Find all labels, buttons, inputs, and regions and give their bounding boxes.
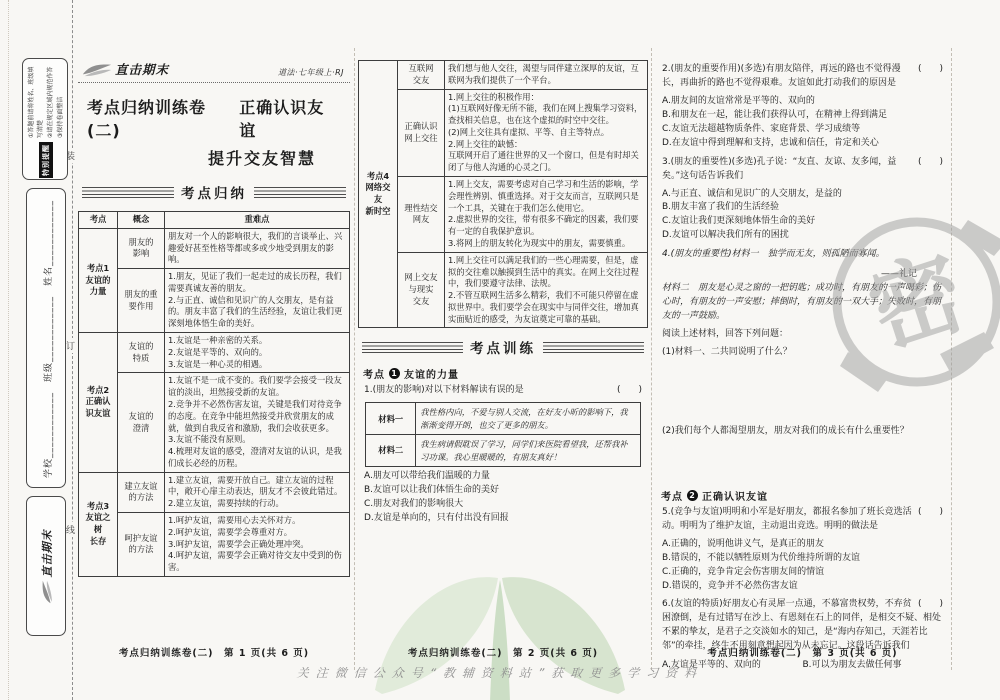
page1-header: 直击期末 道法·七年级上·RJ xyxy=(78,55,350,83)
confidential-stamp: 密 xyxy=(822,206,1000,398)
detail-cell: 1.建立友谊，需要开放自己。建立友谊的过程中，敞开心扉主动表达，朋友才不会彼此错… xyxy=(165,472,350,512)
banner-label: 考点训练 xyxy=(470,337,536,357)
page-1: 直击期末 道法·七年级上·RJ 考点归纳训练卷(二) 正确认识友谊 提升交友智慧… xyxy=(78,55,350,669)
kaodian-cell: 考点1 友谊的 力量 xyxy=(79,228,118,332)
table-row: 考点2 正确认 识友谊 友谊的 特质 1.友谊是一种亲密的关系。 2.友谊是平等… xyxy=(79,333,350,373)
reminder-items: ①答题前请将姓名、班级填写清楚 ②请在规定区域内规范作答 ③保持卷面整洁 xyxy=(27,62,65,138)
detail-cell: 1.网上交往可以满足我们的一些心理需要，但是，虚拟的交往难以触摸到生活中的真实。… xyxy=(445,252,648,328)
kaodian-cell: 考点4 网络交友 新时空 xyxy=(359,61,398,328)
table-row: 考点3 友谊之树 长存 建立友谊 的方法 1.建立友谊，需要开放自己。建立友谊的… xyxy=(79,472,350,512)
page-separator xyxy=(354,48,355,670)
sub-question-2: (2)我们每个人都渴望朋友，朋友对我们的成长有什么重要性？ xyxy=(662,425,943,439)
brand-swoosh-icon xyxy=(82,62,112,78)
material-label: 材料一 xyxy=(366,403,416,435)
option: B.错误的，不能以牺牲原则为代价维持所谓的友谊 xyxy=(662,552,943,566)
question-stem: 5.(竞争与友谊)明明和小军是好朋友，都报名参加了班长竞选活动。明明为了维护友谊… xyxy=(662,507,912,531)
brand-swoosh-icon xyxy=(40,581,54,605)
reminder-label: 特别提醒 xyxy=(39,142,53,178)
table-row: 朋友的重 要作用 1.朋友，见证了我们一起走过的成长历程，我们需要真诚友善的朋友… xyxy=(79,269,350,333)
concept-cell: 正确认识 网上交往 xyxy=(398,89,445,176)
question-stem: 3.(朋友的重要性)(多选)孔子说：“友直、友谅、友多闻，益矣。”这句话告诉我们 xyxy=(662,157,896,181)
detail-cell: 1.友谊不是一成不变的。我们要学会接受一段友谊的淡出，坦然接受新的友谊。 2.竞… xyxy=(165,373,350,472)
option: D.在友谊中得到理解和支持，忠诚和信任，肯定和关心 xyxy=(662,137,943,151)
concept-cell: 呵护友谊 的方法 xyxy=(118,512,165,576)
concept-cell: 友谊的 特质 xyxy=(118,333,165,373)
option: D.错误的，竞争并不必然伤害友谊 xyxy=(662,580,943,594)
material-row: 材料一 我性格内向，不爱与别人交流，在好友小昕的影响下，我渐渐变得开朗，也交了更… xyxy=(366,403,641,435)
banner-lines-icon xyxy=(362,342,463,353)
detail-cell: 我们想与他人交往，渴望与同伴建立深厚的友谊，互联网为我们提供了一个平台。 xyxy=(445,61,648,90)
topic-number-badge: 1 xyxy=(389,368,400,379)
detail-cell: 1.友谊是一种亲密的关系。 2.友谊是平等的、双向的。 3.友谊是一种心灵的相遇… xyxy=(165,333,350,373)
table-row: 理性结交 网友 1.网上交友，需要考虑对自己学习和生活的影响，学会理性辨别、慎重… xyxy=(359,177,648,253)
detail-cell: 1.呵护友谊，需要用心去关怀对方。 2.呵护友谊，需要学会尊重对方。 3.呵护友… xyxy=(165,512,350,576)
detail-cell: 1.网上交往的积极作用： (1)互联网好像无所不能，我们在网上搜集学习资料，查找… xyxy=(445,89,648,176)
paper-title-right: 正确认识友谊 xyxy=(239,95,341,141)
concept-cell: 互联网 交友 xyxy=(398,61,445,90)
scan-edge-line xyxy=(8,0,9,700)
key-point-summary-table: 考点 概念 重难点 考点1 友谊的 力量 朋友的 影响 朋友对一个人的影响很大，… xyxy=(78,211,350,577)
material-label: 材料二 xyxy=(366,435,416,467)
student-info-box: 学校____________ 班级____________ 姓名________… xyxy=(26,188,66,488)
option: C.朋友对我们的影响很大 xyxy=(364,498,642,512)
topic-heading-1: 考点1 友谊的力量 xyxy=(363,366,643,381)
concept-cell: 朋友的重 要作用 xyxy=(118,269,165,333)
material-text: 我性格内向，不爱与别人交流，在好友小昕的影响下，我渐渐变得开朗，也交了更多的朋友… xyxy=(416,403,641,435)
answer-bracket: ( ) xyxy=(918,63,943,77)
page2-footer: 考点归纳训练卷(二) 第 2 页(共 6 页) xyxy=(358,645,648,659)
option: A.正确的，说明他讲义气，是真正的朋友 xyxy=(662,538,943,552)
banner-lines-icon xyxy=(543,342,644,353)
header-cell: 概念 xyxy=(118,212,165,229)
question-stem: 1.(朋友的影响)对以下材料解读有误的是 xyxy=(364,385,524,395)
brand-logo: 直击期末 xyxy=(82,60,169,78)
table-header-row: 考点 概念 重难点 xyxy=(79,212,350,229)
student-info-fields: 学校____________ 班级____________ 姓名________… xyxy=(41,200,54,478)
topic-prefix: 考点 xyxy=(363,366,385,381)
option: D.友谊是单向的，只有付出没有回报 xyxy=(364,512,642,526)
answer-bracket: ( ) xyxy=(918,598,943,612)
question-5: ( ) 5.(竞争与友谊)明明和小军是好朋友，都报名参加了班长竞选活动。明明为了… xyxy=(662,506,943,534)
page-separator xyxy=(651,48,652,670)
concept-cell: 友谊的 澄清 xyxy=(118,373,165,472)
table-row: 网上交友 与现实 交友 1.网上交往可以满足我们的一些心理需要，但是，虚拟的交往… xyxy=(359,252,648,328)
detail-cell: 朋友对一个人的影响很大，我们的言谈举止、兴趣爱好甚至性格等都或多或少地受到朋友的… xyxy=(165,228,350,268)
page-2: 考点4 网络交友 新时空 互联网 交友 我们想与他人交往，渴望与同伴建立深厚的友… xyxy=(358,55,648,669)
kaodian-cell: 考点3 友谊之树 长存 xyxy=(79,472,118,576)
table-row: 考点4 网络交友 新时空 互联网 交友 我们想与他人交往，渴望与同伴建立深厚的友… xyxy=(359,61,648,90)
paper-title-left: 考点归纳训练卷(二) xyxy=(87,95,239,141)
answer-bracket: ( ) xyxy=(617,384,642,398)
banner-lines-icon xyxy=(82,187,174,198)
topic-number-badge: 2 xyxy=(687,490,698,501)
binding-line-char: 订 xyxy=(66,338,75,353)
question-stem: 6.(友谊的特质)好朋友心有灵犀一点通，不慕富贵权势，不弃贫困潦倒，是有过错写在… xyxy=(662,599,941,651)
reminder-box: 特别提醒 ①答题前请将姓名、班级填写清楚 ②请在规定区域内规范作答 ③保持卷面整… xyxy=(22,58,68,180)
kaodian-cell: 考点2 正确认 识友谊 xyxy=(79,333,118,473)
binding-line-char: 线 xyxy=(66,522,75,537)
concept-cell: 建立友谊 的方法 xyxy=(118,472,165,512)
topic-prefix: 考点 xyxy=(661,488,683,503)
option: B.和朋友在一起，能让我们获得认可，在精神上得到满足 xyxy=(662,109,943,123)
section-banner-summary: 考点归纳 xyxy=(82,182,346,202)
page3-footer: 考点归纳训练卷(二) 第 3 页(共 6 页) xyxy=(656,645,949,659)
brand-name: 直击期末 xyxy=(115,60,169,78)
banner-label: 考点归纳 xyxy=(181,182,247,202)
topic-label: 友谊的力量 xyxy=(404,366,459,381)
option: B.友谊可以让我们体悟生命的美好 xyxy=(364,484,642,498)
question-3: ( ) 3.(朋友的重要性)(多选)孔子说：“友直、友谅、友多闻，益矣。”这句话… xyxy=(662,156,943,184)
materials-table: 材料一 我性格内向，不爱与别人交流，在好友小昕的影响下，我渐渐变得开朗，也交了更… xyxy=(365,402,641,467)
option: A.朋友间的友谊常常是平等的、双向的 xyxy=(662,95,943,109)
material-row: 材料二 我生病请假耽误了学习，同学们来医院看望我，还帮我补习功课。我心里暖暖的，… xyxy=(366,435,641,467)
topic-heading-2: 考点2 正确认识友谊 xyxy=(661,488,944,503)
table-row: 友谊的 澄清 1.友谊不是一成不变的。我们要学会接受一段友谊的淡出，坦然接受新的… xyxy=(79,373,350,472)
concept-cell: 网上交友 与现实 交友 xyxy=(398,252,445,328)
table-row: 呵护友谊 的方法 1.呵护友谊，需要用心去关怀对方。 2.呵护友谊，需要学会尊重… xyxy=(79,512,350,576)
side-logo-box: 直击期末 xyxy=(26,496,66,636)
question-stem: 2.(朋友的重要作用)(多选)有朋友陪伴，再远的路也不觉得漫长，再曲折的路也不觉… xyxy=(662,64,901,88)
banner-lines-icon xyxy=(254,187,346,198)
answer-bracket: ( ) xyxy=(918,506,943,520)
option: C.友谊无法超越物质条件、家庭背景、学习成绩等 xyxy=(662,123,943,137)
concept-cell: 理性结交 网友 xyxy=(398,177,445,253)
option: A.与正直、诚信和见识广的人交朋友，是益的 xyxy=(662,188,943,202)
table-row: 正确认识 网上交往 1.网上交往的积极作用： (1)互联网好像无所不能，我们在网… xyxy=(359,89,648,176)
edition-label: 道法·七年级上·RJ xyxy=(278,67,344,78)
answer-space xyxy=(656,443,949,483)
bottom-watermark-text: 关注微信公众号“教辅资料站”获取更多学习资料 xyxy=(0,664,1000,681)
concept-cell: 朋友的 影响 xyxy=(118,228,165,268)
header-cell: 考点 xyxy=(79,212,118,229)
material-text: 我生病请假耽误了学习，同学们来医院看望我，还帮我补习功课。我心里暖暖的，有朋友真… xyxy=(416,435,641,467)
option: A.朋友可以带给我们温暖的力量 xyxy=(364,470,642,484)
header-cell: 重难点 xyxy=(165,212,350,229)
topic-label: 正确认识友谊 xyxy=(702,488,768,503)
paper-title: 考点归纳训练卷(二) 正确认识友谊 xyxy=(78,95,350,141)
question-2: ( ) 2.(朋友的重要作用)(多选)有朋友陪伴，再远的路也不觉得漫长，再曲折的… xyxy=(662,63,943,91)
key-point-summary-table-cont: 考点4 网络交友 新时空 互联网 交友 我们想与他人交往，渴望与同伴建立深厚的友… xyxy=(358,60,648,328)
paper-subtitle: 提升交友智慧 xyxy=(78,146,350,169)
detail-cell: 1.朋友，见证了我们一起走过的成长历程，我们需要真诚友善的朋友。 2.与正直、诚… xyxy=(165,269,350,333)
side-logo-text: 直击期末 xyxy=(39,530,55,578)
scanned-exam-sheet: 密 关注微信公众号“教辅资料站”获取更多学习资料 装 订 线 特别提醒 ①答题前… xyxy=(0,0,1000,700)
detail-cell: 1.网上交友，需要考虑对自己学习和生活的影响，学会理性辨别、慎重选择。对于交友而… xyxy=(445,177,648,253)
answer-bracket: ( ) xyxy=(918,156,943,170)
question-1: ( ) 1.(朋友的影响)对以下材料解读有误的是 xyxy=(364,384,642,398)
page1-footer: 考点归纳训练卷(二) 第 1 页(共 6 页) xyxy=(78,645,350,659)
section-banner-training: 考点训练 xyxy=(362,337,644,357)
option: C.正确的，竞争肯定会伤害朋友间的情谊 xyxy=(662,566,943,580)
table-row: 考点1 友谊的 力量 朋友的 影响 朋友对一个人的影响很大，我们的言谈举止、兴趣… xyxy=(79,228,350,268)
